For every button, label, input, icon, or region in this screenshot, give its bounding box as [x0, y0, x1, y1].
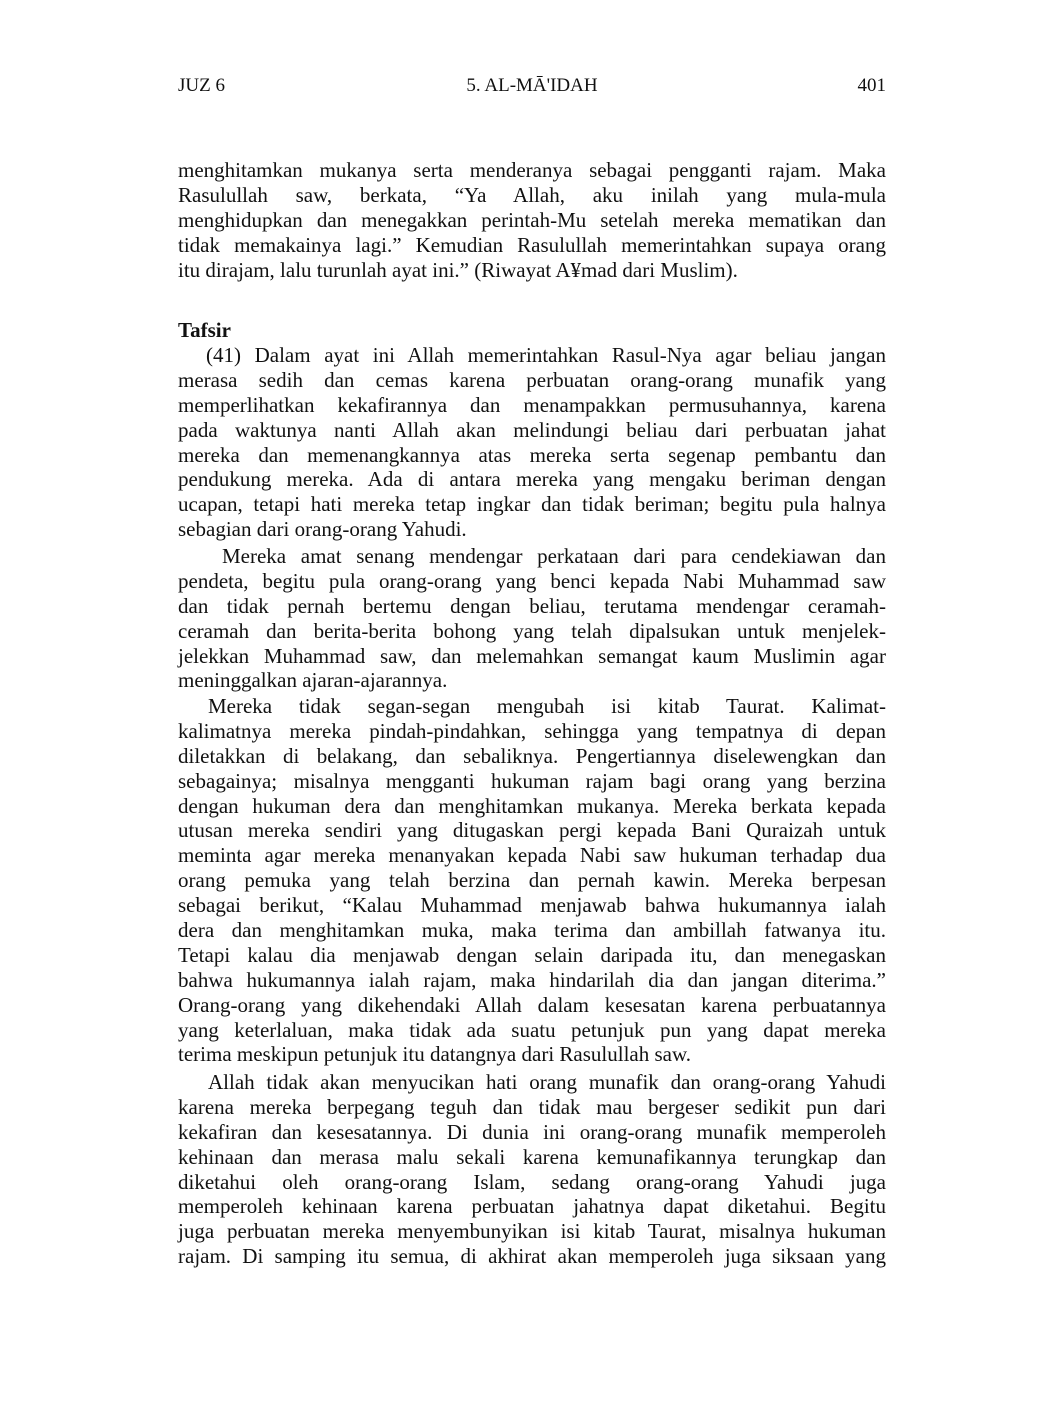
- tafsir-paragraph-4: Allah tidak akan menyucikan hati orang m…: [178, 1070, 886, 1269]
- text-line: merasa sedih dan cemas karena perbuatan …: [178, 368, 886, 393]
- text-line: menghidupkan dan menegakkan perintah-Mu …: [178, 208, 886, 233]
- text-line: meminta agar mereka menanyakan kepada Na…: [178, 843, 886, 868]
- text-line: tidak memakainya lagi.” Kemudian Rasulul…: [178, 233, 886, 258]
- text-line: (41) Dalam ayat ini Allah memerintahkan …: [178, 343, 886, 368]
- text-line: pendukung mereka. Ada di antara mereka y…: [178, 467, 886, 492]
- page-number: 401: [858, 74, 887, 98]
- text-line: itu dirajam, lalu turunlah ayat ini.” (R…: [178, 258, 886, 283]
- text-line: kalimatnya mereka pindah-pindahkan, sehi…: [178, 719, 886, 744]
- surah-title: 5. AL-MĀ'IDAH: [178, 74, 886, 98]
- text-line: mereka dan memenangkannya atas mereka se…: [178, 443, 886, 468]
- text-line: Rasulullah saw, berkata, “Ya Allah, aku …: [178, 183, 886, 208]
- intro-paragraph: menghitamkan mukanya serta menderanya se…: [178, 158, 886, 282]
- text-line: karena mereka berpegang teguh dan tidak …: [178, 1095, 886, 1120]
- text-line: juga perbuatan mereka menyembunyikan isi…: [178, 1219, 886, 1244]
- text-line: kekafiran dan kesesatannya. Di dunia ini…: [178, 1120, 886, 1145]
- text-line: utusan mereka sendiri yang ditugaskan pe…: [178, 818, 886, 843]
- text-line: memperlihatkan kekafirannya dan menampak…: [178, 393, 886, 418]
- text-line: rajam. Di samping itu semua, di akhirat …: [178, 1244, 886, 1269]
- text-line: dengan hukuman dera dan menghitamkan muk…: [178, 794, 886, 819]
- text-line: dera dan menghitamkan muka, maka terima …: [178, 918, 886, 943]
- tafsir-paragraph-1: (41) Dalam ayat ini Allah memerintahkan …: [178, 343, 886, 542]
- text-line: meninggalkan ajaran-ajarannya.: [178, 668, 886, 693]
- text-line: orang pemuka yang telah berzina dan pern…: [178, 868, 886, 893]
- text-line: Orang-orang yang dikehendaki Allah dalam…: [178, 993, 886, 1018]
- text-line: yang keterlaluan, maka tidak ada suatu p…: [178, 1018, 886, 1043]
- text-line: dan tidak pernah bertemu dengan beliau, …: [178, 594, 886, 619]
- text-line: Mereka amat senang mendengar perkataan d…: [178, 544, 886, 569]
- text-line: terima meskipun petunjuk itu datangnya d…: [178, 1042, 886, 1067]
- text-line: diletakkan di belakang, dan sebaliknya. …: [178, 744, 886, 769]
- text-line: ucapan, tetapi hati mereka tetap ingkar …: [178, 492, 886, 517]
- text-line: menghitamkan mukanya serta menderanya se…: [178, 158, 886, 183]
- text-line: sebagai berikut, “Kalau Muhammad menjawa…: [178, 893, 886, 918]
- text-line: diketahui oleh orang-orang Islam, sedang…: [178, 1170, 886, 1195]
- text-line: pendeta, begitu pula orang-orang yang be…: [178, 569, 886, 594]
- text-line: kehinaan dan merasa malu sekali karena k…: [178, 1145, 886, 1170]
- text-line: sebagian dari orang-orang Yahudi.: [178, 517, 886, 542]
- tafsir-paragraph-2: Mereka amat senang mendengar perkataan d…: [178, 544, 886, 693]
- text-line: Allah tidak akan menyucikan hati orang m…: [178, 1070, 886, 1095]
- text-line: Tetapi kalau dia menjawab dengan selain …: [178, 943, 886, 968]
- text-line: bahwa hukumannya ialah rajam, maka hinda…: [178, 968, 886, 993]
- text-line: pada waktunya nanti Allah akan melindung…: [178, 418, 886, 443]
- running-header: JUZ 6 5. AL-MĀ'IDAH 401: [178, 74, 886, 98]
- text-line: ceramah dan berita-berita bohong yang te…: [178, 619, 886, 644]
- text-line: memperoleh kehinaan karena perbuatan jah…: [178, 1194, 886, 1219]
- text-line: jelekkan Muhammad saw, dan melemahkan se…: [178, 644, 886, 669]
- text-line: sebagainya; misalnya mengganti hukuman r…: [178, 769, 886, 794]
- section-heading-tafsir: Tafsir: [178, 318, 231, 342]
- text-line: Mereka tidak segan-segan mengubah isi ki…: [178, 694, 886, 719]
- tafsir-paragraph-3: Mereka tidak segan-segan mengubah isi ki…: [178, 694, 886, 1067]
